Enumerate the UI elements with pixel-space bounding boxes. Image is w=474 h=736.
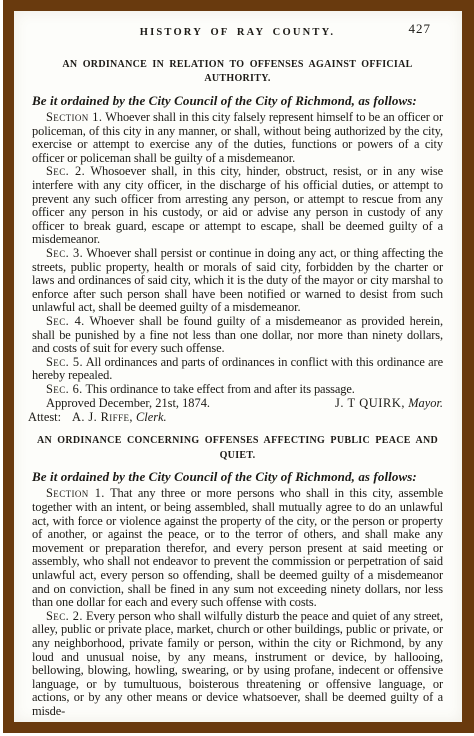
running-title: HISTORY OF RAY COUNTY. — [140, 27, 336, 38]
section-label: Sec. 5. — [46, 355, 83, 369]
ordinance-1-section-2: Sec. 2. Whosoever shall, in this city, h… — [32, 165, 443, 247]
page-header: HISTORY OF RAY COUNTY. 427 — [32, 22, 443, 37]
approval-line: Approved December, 21st, 1874. J. T QUIR… — [32, 396, 443, 410]
approved-date: Approved December, 21st, 1874. — [46, 396, 210, 410]
ordinance-1-section-1: Section 1. Whoever shall in this city fa… — [32, 111, 443, 165]
section-text: Every person who shall wilfully disturb … — [32, 609, 443, 718]
ordinance-2-heading: AN ORDINANCE CONCERNING OFFENSES AFFECTI… — [32, 433, 443, 463]
ordinance-1-section-6: Sec. 6. This ordinance to take effect fr… — [32, 383, 443, 397]
section-label: Section 1. — [46, 110, 102, 124]
section-label: Section 1. — [46, 486, 105, 500]
mayor-name: J. T QUIRK, — [335, 396, 405, 410]
section-text: Whoever shall persist or continue in doi… — [32, 246, 443, 314]
ordinance-1-section-5: Sec. 5. All ordinances and parts of ordi… — [32, 356, 443, 383]
section-label: Sec. 4. — [46, 314, 85, 328]
ordinance-1-enacting-clause: Be it ordained by the City Council of th… — [32, 93, 443, 109]
section-label: Sec. 6. — [46, 382, 83, 396]
ordinance-2-section-2: Sec. 2. Every person who shall wilfully … — [32, 610, 443, 719]
section-label: Sec. 2. — [46, 609, 83, 623]
book-page: HISTORY OF RAY COUNTY. 427 AN ORDINANCE … — [3, 0, 474, 733]
section-label: Sec. 2. — [46, 164, 85, 178]
section-label: Sec. 3. — [46, 246, 83, 260]
ordinance-1-section-3: Sec. 3. Whoever shall persist or continu… — [32, 247, 443, 315]
section-text: That any three or more persons who shall… — [32, 486, 443, 609]
clerk-name: A. J. Riffe, — [72, 410, 133, 424]
ordinance-1-heading: AN ORDINANCE IN RELATION TO OFFENSES AGA… — [32, 58, 443, 86]
ordinance-public-peace: AN ORDINANCE CONCERNING OFFENSES AFFECTI… — [32, 433, 443, 718]
attest-label: Attest: — [28, 410, 61, 424]
section-text: All ordinances and parts of ordinances i… — [32, 355, 443, 383]
ordinance-2-section-1: Section 1. That any three or more person… — [32, 487, 443, 609]
ordinance-1-section-4: Sec. 4. Whoever shall be found guilty of… — [32, 315, 443, 356]
section-text: Whosoever shall, in this city, hinder, o… — [32, 164, 443, 246]
ordinance-official-authority: AN ORDINANCE IN RELATION TO OFFENSES AGA… — [32, 58, 443, 424]
page-number: 427 — [409, 21, 432, 37]
clerk-title: Clerk. — [136, 410, 167, 424]
section-text: This ordinance to take effect from and a… — [85, 382, 354, 396]
ordinance-2-enacting-clause: Be it ordained by the City Council of th… — [32, 469, 443, 485]
mayor-title: Mayor. — [408, 396, 443, 410]
section-text: Whoever shall be found guilty of a misde… — [32, 314, 443, 355]
attest-line: Attest:A. J. Riffe, Clerk. — [28, 410, 443, 424]
mayor-signature: J. T QUIRK, Mayor. — [335, 396, 443, 410]
